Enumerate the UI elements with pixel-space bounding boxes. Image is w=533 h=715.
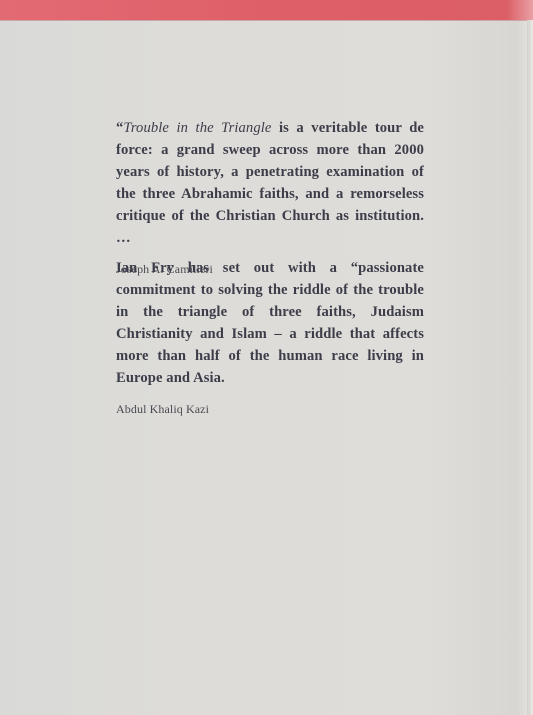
review-quote-2-text: Ian Fry has set out with a “passionate c… xyxy=(116,257,424,389)
review-attribution-2: Abdul Khaliq Kazi xyxy=(116,398,424,420)
review-blurb-2: Ian Fry has set out with a “passionate c… xyxy=(116,257,424,420)
review-blurb-1: “Trouble in the Triangle is a veritable … xyxy=(116,117,424,280)
book-title-italic: Trouble in the Triangle xyxy=(123,120,271,136)
review-quote-1-text: is a veritable tour de force: a grand sw… xyxy=(116,120,424,246)
review-quote-1: “Trouble in the Triangle is a veritable … xyxy=(116,117,424,249)
top-color-band xyxy=(0,0,533,21)
book-back-cover: “Trouble in the Triangle is a veritable … xyxy=(0,0,533,715)
cover-spine-edge xyxy=(527,20,533,715)
